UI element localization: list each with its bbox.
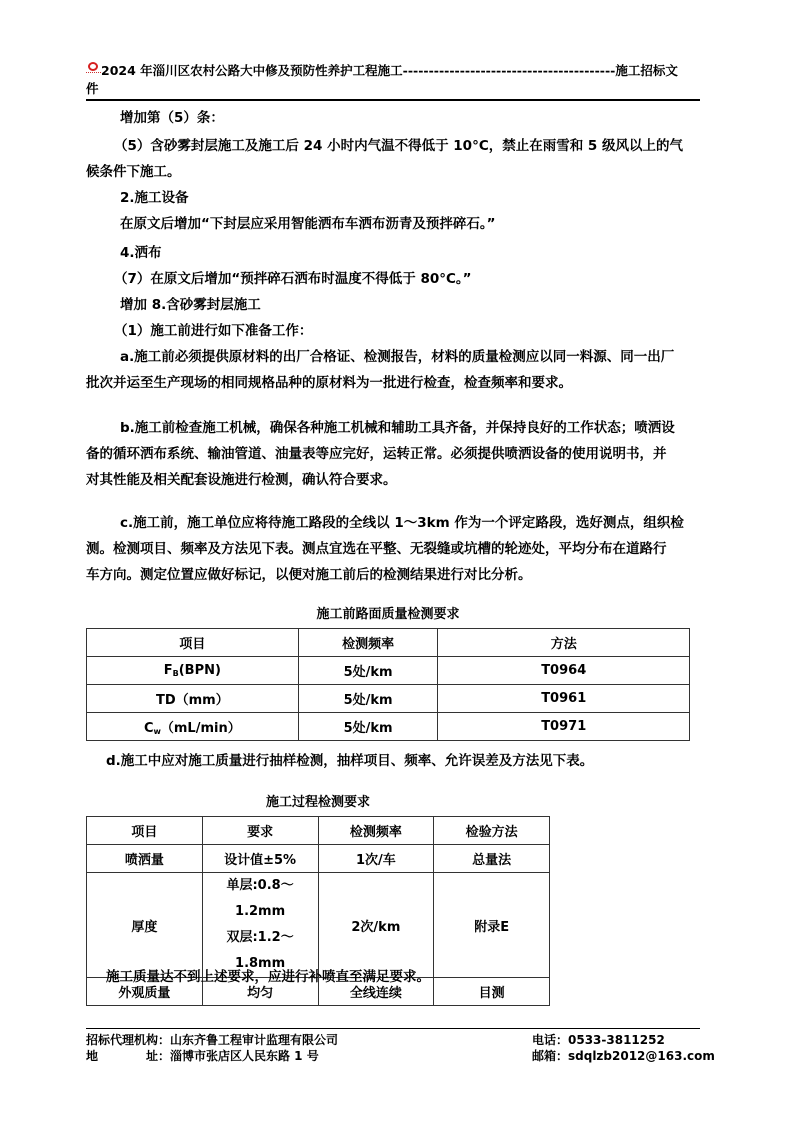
table-header-row: 项目 检测频率 方法 xyxy=(87,629,690,657)
table-row: 厚度 单层:0.8～1.2mm 双层:1.2～1.8mm 2次/km 附录E xyxy=(87,873,550,978)
table-cell-method: T0971 xyxy=(438,713,690,741)
table-header-cell: 检测频率 xyxy=(318,817,434,845)
table-cell-method: T0961 xyxy=(438,685,690,713)
paragraph-b-line2: 备的循环洒布系统、输油管道、油量表等应完好，运转正常。必须提供喷洒设备的使用说明… xyxy=(86,445,667,463)
paragraph-d: d.施工中应对施工质量进行抽样检测，抽样项目、频率、允许误差及方法见下表。 xyxy=(106,752,593,770)
table-row: Cw（mL/min） 5处/km T0971 xyxy=(87,713,690,741)
paragraph-5-line2: 候条件下施工。 xyxy=(86,163,181,181)
table-row: TD（mm） 5处/km T0961 xyxy=(87,685,690,713)
table-cell-method: 总量法 xyxy=(434,845,550,873)
footer-phone: 电话：0533-3811252 xyxy=(532,1032,665,1048)
table-cell-item: FB(BPN) xyxy=(87,657,299,685)
page-header: 2024 年淄川区农村公路大中修及预防性养护工程施工--------------… xyxy=(86,62,700,98)
table-header-row: 项目 要求 检测频率 检验方法 xyxy=(87,817,550,845)
table-cell-item: 喷洒量 xyxy=(87,845,203,873)
paragraph-a-line2: 批次并运至生产现场的相同规格品种的原材料为一批进行检查，检查频率和要求。 xyxy=(86,374,572,392)
section-heading-spreading: 4.洒布 xyxy=(120,244,162,262)
footer-address-label: 地 xyxy=(86,1048,98,1064)
header-divider xyxy=(86,99,700,101)
table-cell-frequency: 5处/km xyxy=(298,713,438,741)
table-row: 喷洒量 设计值±5% 1次/车 总量法 xyxy=(87,845,550,873)
table-cell-item: 厚度 xyxy=(87,873,203,978)
table-cell-method: 目测 xyxy=(434,978,550,1006)
header-title-line1: 2024 年淄川区农村公路大中修及预防性养护工程施工--------------… xyxy=(101,63,678,78)
closing-paragraph: 施工质量达不到上述要求，应进行补喷直至满足要求。 xyxy=(106,968,430,986)
table-cell-frequency: 5处/km xyxy=(298,657,438,685)
table1-caption: 施工前路面质量检测要求 xyxy=(86,603,690,622)
table-row: FB(BPN) 5处/km T0964 xyxy=(87,657,690,685)
table-header-cell: 方法 xyxy=(438,629,690,657)
paragraph-c-line1: c.施工前，施工单位应将待施工路段的全线以 1～3km 作为一个评定路段，选好测… xyxy=(120,514,684,532)
table-header-cell: 检验方法 xyxy=(434,817,550,845)
table-header-cell: 要求 xyxy=(202,817,318,845)
paragraph-equipment: 在原文后增加“下封层应采用智能洒布车洒布沥青及预拌碎石。” xyxy=(120,215,496,233)
paragraph-5-line1: （5）含砂雾封层施工及施工后 24 小时内气温不得低于 10°C，禁止在雨雪和 … xyxy=(114,137,683,155)
section-heading-8: 增加 8.含砂雾封层施工 xyxy=(120,296,261,314)
paragraph-7: （7）在原文后增加“预拌碎石洒布时温度不得低于 80°C。” xyxy=(114,270,472,288)
footer-address: 址：淄博市张店区人民东路 1 号 xyxy=(146,1048,319,1064)
table-header-cell: 项目 xyxy=(87,629,299,657)
paragraph-c-line2: 测。检测项目、频率及方法见下表。测点宜选在平整、无裂缝或坑槽的轮迹处，平均分布在… xyxy=(86,540,667,558)
table-cell-frequency: 2次/km xyxy=(318,873,434,978)
document-page: 2024 年淄川区农村公路大中修及预防性养护工程施工--------------… xyxy=(0,0,793,1122)
paragraph-1-prep: （1）施工前进行如下准备工作： xyxy=(114,322,312,340)
section-heading-add-5: 增加第（5）条： xyxy=(120,109,224,127)
table-cell-method: 附录E xyxy=(434,873,550,978)
table-cell-frequency: 1次/车 xyxy=(318,845,434,873)
section-heading-equipment: 2.施工设备 xyxy=(120,189,189,207)
table-cell-item: TD（mm） xyxy=(87,685,299,713)
table-cell-frequency: 5处/km xyxy=(298,685,438,713)
paragraph-b-line1: b.施工前检查施工机械，确保各种施工机械和辅助工具齐备，并保持良好的工作状态；喷… xyxy=(120,419,675,437)
paragraph-b-line3: 对其性能及相关配套设施进行检测，确认符合要求。 xyxy=(86,471,397,489)
footer-divider xyxy=(86,1028,700,1029)
header-title-line2: 件 xyxy=(86,81,99,96)
table-cell-requirement: 设计值±5% xyxy=(202,845,318,873)
paragraph-c-line3: 车方向。测定位置应做好标记，以便对施工前后的检测结果进行对比分析。 xyxy=(86,566,532,584)
table-header-cell: 项目 xyxy=(87,817,203,845)
pre-construction-quality-table: 项目 检测频率 方法 FB(BPN) 5处/km T0964 TD（mm） 5处… xyxy=(86,628,690,741)
paragraph-a-line1: a.施工前必须提供原材料的出厂合格证、检测报告，材料的质量检测应以同一料源、同一… xyxy=(120,348,674,366)
table-cell-method: T0964 xyxy=(438,657,690,685)
table-header-cell: 检测频率 xyxy=(298,629,438,657)
table-cell-requirement: 单层:0.8～1.2mm 双层:1.2～1.8mm xyxy=(202,873,318,978)
table-cell-item: Cw（mL/min） xyxy=(87,713,299,741)
footer-agency: 招标代理机构：山东齐鲁工程审计监理有限公司 xyxy=(86,1032,338,1048)
footer-email: 邮箱：sdqlzb2012@163.com xyxy=(532,1048,715,1064)
table2-caption: 施工过程检测要求 xyxy=(86,791,550,810)
company-logo-icon xyxy=(86,62,101,76)
